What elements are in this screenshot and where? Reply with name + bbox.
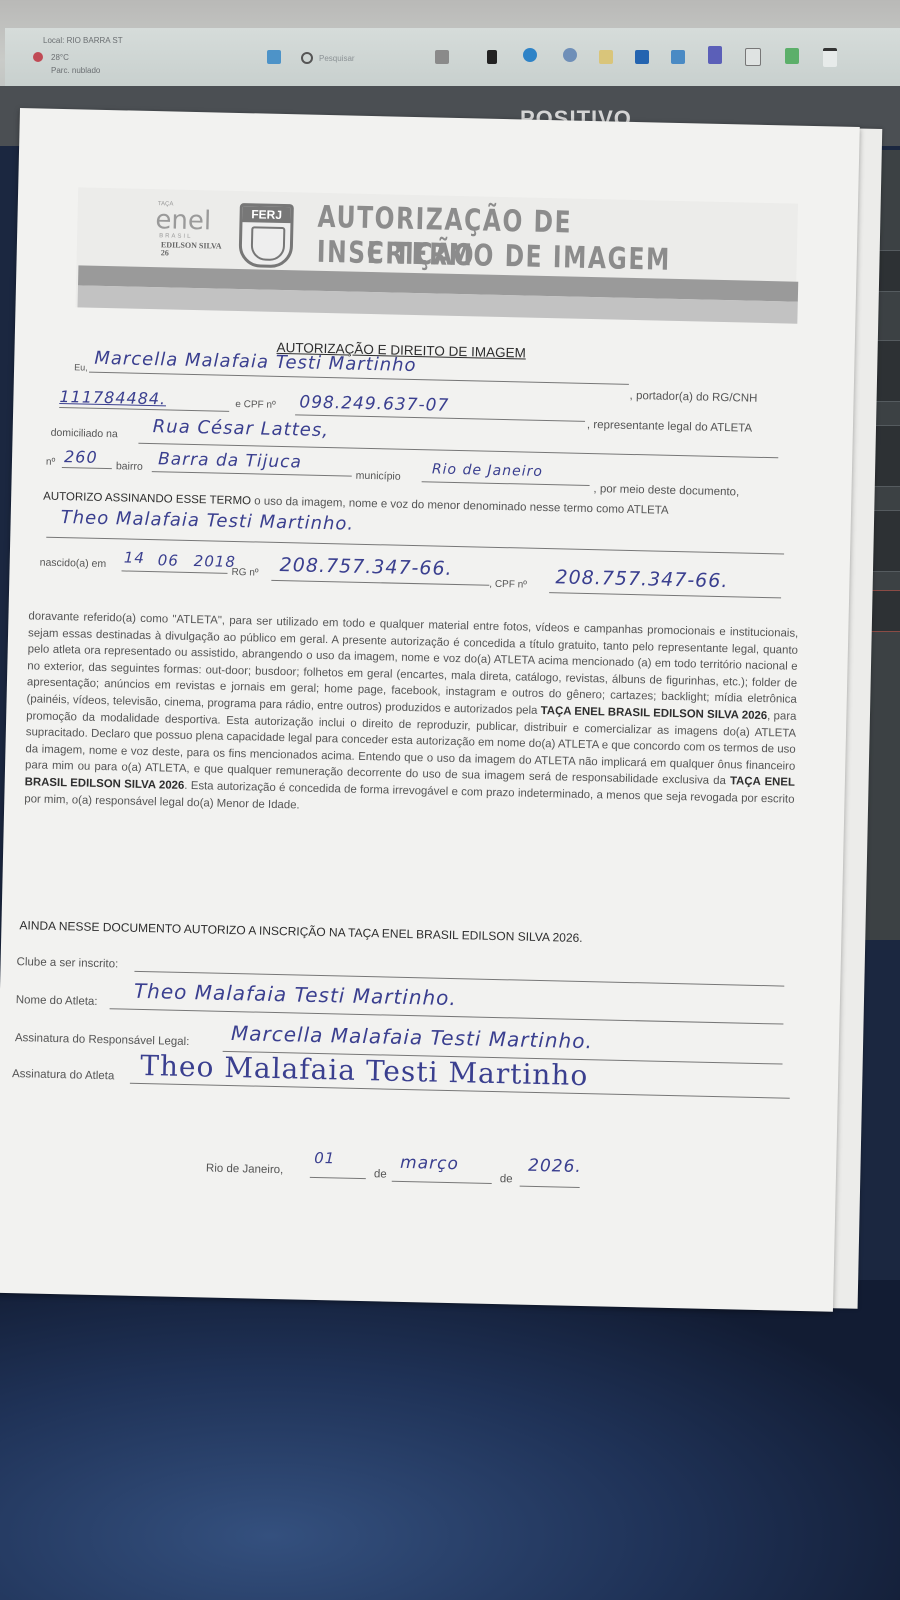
field-nascimento-mes[interactable]: 06 (158, 551, 179, 569)
ferj-shield-icon (251, 226, 286, 261)
date-de-2: de (500, 1173, 513, 1185)
field-atleta-rg[interactable]: 208.757.347-66. (279, 554, 452, 580)
label-nascido: nascido(a) em (40, 557, 107, 571)
taca-enel-logo: TAÇA enel BRASIL EDILSON SILVA 26 (129, 201, 230, 263)
label-cpf: e CPF nº (235, 399, 276, 411)
field-nascimento-dia[interactable]: 14 (124, 548, 145, 566)
start-icon[interactable] (267, 50, 281, 64)
field-responsavel-rg[interactable]: 111784484. (59, 387, 166, 408)
terms-paragraph: doravante referido(a) como "ATLETA", par… (24, 608, 798, 825)
signature-atleta[interactable]: Theo Malafaia Testi Martinho (140, 1049, 589, 1092)
underline (520, 1186, 580, 1188)
search-icon[interactable] (301, 52, 313, 64)
excel-icon[interactable] (785, 48, 799, 64)
label-domiciliado: domiciliado na (51, 427, 118, 441)
field-nome-atleta[interactable]: Theo Malafaia Testi Martinho. (134, 979, 457, 1010)
weather-desc: Parc. nublado (51, 66, 100, 75)
teams-icon[interactable] (708, 46, 722, 64)
field-atleta-cpf[interactable]: 208.757.347-66. (555, 566, 728, 592)
windows-taskbar: Local: RIO BARRA ST 28°C Parc. nublado P… (5, 28, 900, 89)
underline (46, 537, 784, 555)
field-numero[interactable]: 260 (64, 447, 98, 467)
field-bairro[interactable]: Barra da Tijuca (158, 449, 302, 472)
notes-icon[interactable] (599, 50, 613, 64)
calendar-icon[interactable] (823, 48, 837, 67)
label-rg: RG nº (231, 567, 258, 579)
underline (549, 592, 781, 598)
file-explorer-icon[interactable] (487, 50, 497, 64)
label-municipio: município (356, 470, 401, 483)
field-endereco[interactable]: Rua César Lattes, (153, 416, 330, 441)
location-text: Local: RIO BARRA ST (43, 36, 123, 45)
logo-edilson-text: EDILSON SILVA 26 (161, 241, 229, 259)
underline (110, 1008, 784, 1024)
terms-part1: doravante referido(a) como "ATLETA", par… (26, 610, 798, 717)
store-icon[interactable] (635, 50, 649, 64)
weather-icon (33, 52, 43, 62)
label-por-meio: , por meio deste documento, (593, 483, 739, 498)
underline (62, 467, 112, 469)
underline (152, 471, 352, 477)
inscricao-title: AINDA NESSE DOCUMENTO AUTORIZO A INSCRIÇ… (19, 918, 582, 945)
edge-icon[interactable] (523, 48, 537, 62)
underline (422, 481, 590, 486)
ferj-logo: FERJ (238, 203, 293, 268)
label-eu: Eu, (74, 362, 88, 372)
signature-responsavel[interactable]: Marcella Malafaia Testi Martinho. (231, 1021, 593, 1053)
field-nascimento-ano[interactable]: 2018 (194, 552, 237, 571)
label-bairro: bairro (116, 460, 143, 473)
underline (122, 570, 228, 573)
denim-background (0, 1280, 900, 1600)
terms-part2: , para promoção da modalidade desportiva… (25, 710, 797, 788)
settings-icon[interactable] (563, 48, 577, 62)
logo-enel-text: enel (155, 205, 211, 236)
field-atleta-nome[interactable]: Theo Malafaia Testi Martinho. (60, 507, 354, 535)
logo-brasil-text: BRASIL (159, 233, 192, 240)
field-date-year[interactable]: 2026. (528, 1156, 582, 1177)
weather-temp[interactable]: 28°C (51, 53, 69, 62)
field-date-day[interactable]: 01 (314, 1149, 335, 1167)
search-box[interactable]: Pesquisar (319, 54, 355, 63)
ferj-logo-text: FERJ (242, 206, 290, 223)
label-cpf-atleta: , CPF nº (489, 579, 527, 591)
label-nome-atleta: Nome do Atleta: (16, 994, 98, 1008)
autorizo-bold: AUTORIZO ASSINANDO ESSE TERMO (43, 491, 251, 508)
label-clube: Clube a ser inscrito: (16, 956, 118, 970)
network-icon[interactable] (671, 50, 685, 64)
form-title-line2: E TERMO DE IMAGEM (366, 236, 671, 278)
authorization-form: TAÇA enel BRASIL EDILSON SILVA 26 FERJ A… (0, 108, 860, 1312)
label-assinatura-atleta: Assinatura do Atleta (12, 1068, 115, 1082)
terms-bold1: TAÇA ENEL BRASIL EDILSON SILVA 2026 (541, 705, 768, 722)
window-icon[interactable] (745, 48, 761, 66)
label-portador: , portador(a) do RG/CNH (629, 390, 757, 405)
field-date-month[interactable]: março (400, 1153, 459, 1174)
underline (271, 580, 489, 586)
field-responsavel-cpf[interactable]: 098.249.637-07 (299, 392, 449, 415)
label-assinatura-responsavel: Assinatura do Responsável Legal: (15, 1032, 190, 1048)
date-city: Rio de Janeiro, (206, 1162, 284, 1176)
widgets-icon[interactable] (435, 50, 449, 64)
field-municipio[interactable]: Rio de Janeiro (432, 461, 543, 480)
label-numero: nº (46, 457, 55, 468)
label-representante: , representante legal do ATLETA (587, 419, 752, 435)
date-de-1: de (374, 1168, 387, 1180)
underline (392, 1181, 492, 1184)
underline (310, 1177, 366, 1179)
